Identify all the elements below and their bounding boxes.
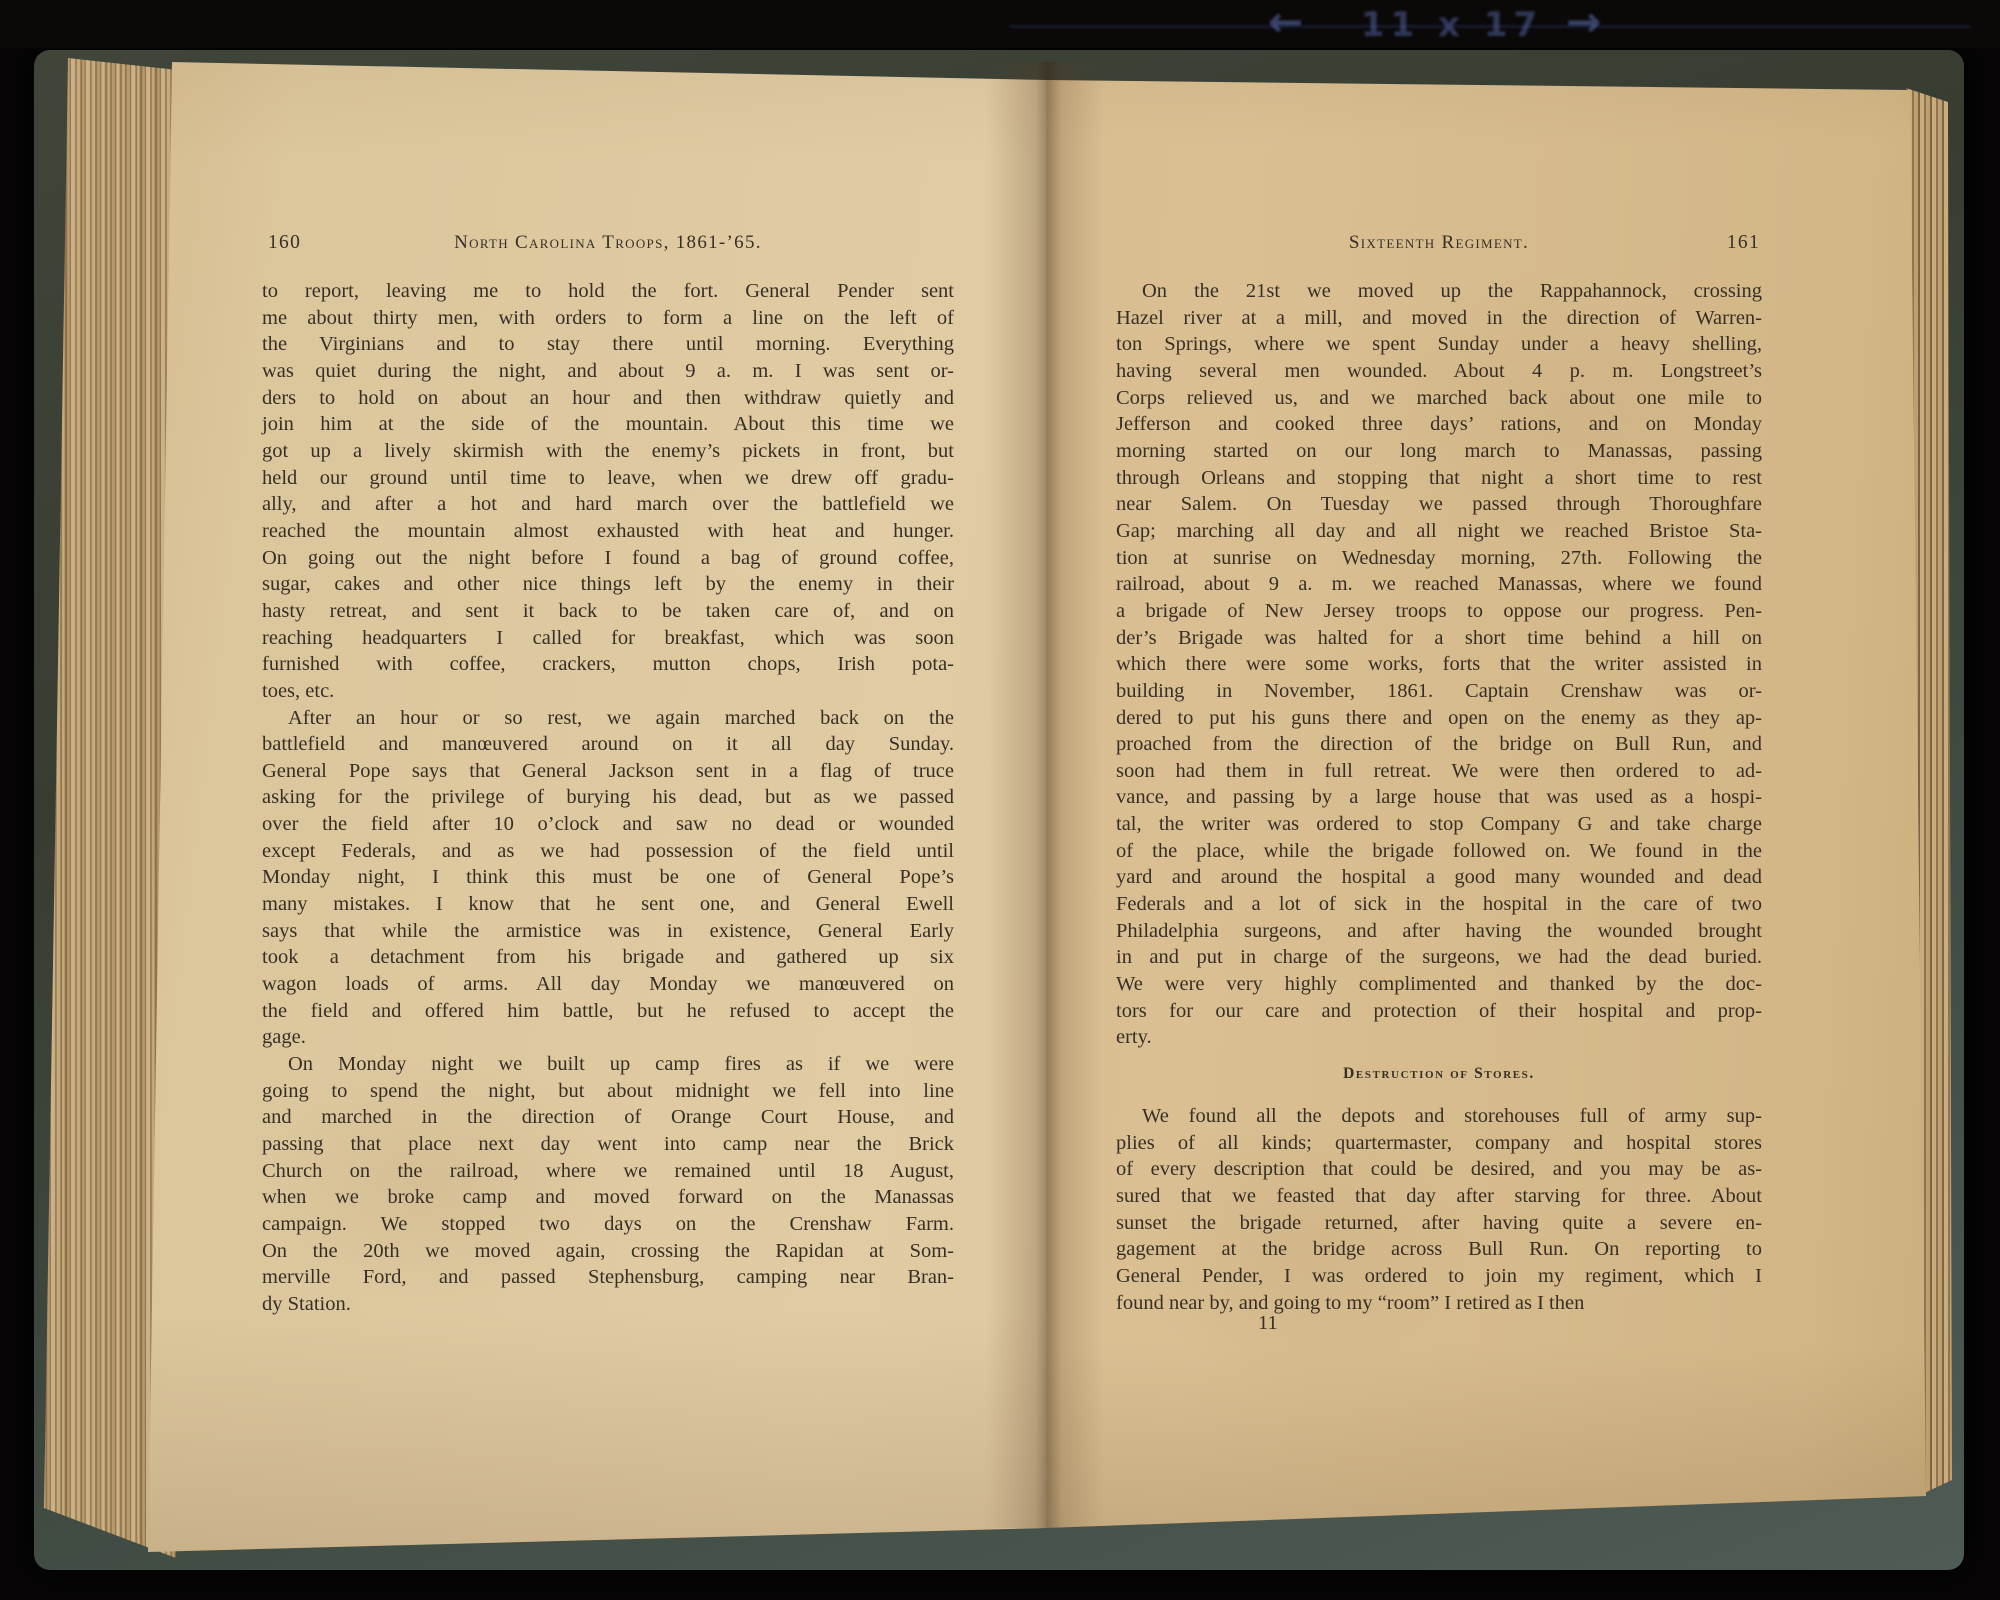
text-line: General Pope says that General Jackson s… <box>262 758 954 785</box>
text-line: On the 20th we moved again, crossing the… <box>262 1238 954 1265</box>
text-line: soon had them in full retreat. We were t… <box>1116 758 1762 785</box>
text-line: going to spend the night, but about midn… <box>262 1078 954 1105</box>
text-line: found near by, and going to my “room” I … <box>1116 1290 1762 1317</box>
text-line: many mistakes. I know that he sent one, … <box>262 891 954 918</box>
text-line: asking for the privilege of burying his … <box>262 784 954 811</box>
text-line: gagement at the bridge across Bull Run. … <box>1116 1236 1762 1263</box>
text-line: morning started on our long march to Man… <box>1116 438 1762 465</box>
text-line: Gap; marching all day and all night we r… <box>1116 518 1762 545</box>
text-line: ton Springs, where we spent Sunday under… <box>1116 331 1762 358</box>
running-title: North Carolina Troops, 1861-’65. <box>262 232 954 254</box>
text-line: except Federals, and as we had possessio… <box>262 838 954 865</box>
text-line: over the field after 10 o’clock and saw … <box>262 811 954 838</box>
text-line: was quiet during the night, and about 9 … <box>262 358 954 385</box>
text-line: campaign. We stopped two days on the Cre… <box>262 1211 954 1238</box>
text-line: through Orleans and stopping that night … <box>1116 465 1762 492</box>
text-line: in and put in charge of the surgeons, we… <box>1116 944 1762 971</box>
book-gutter <box>986 62 1104 1528</box>
text-line: reached the mountain almost exhausted wi… <box>262 518 954 545</box>
text-line: furnished with coffee, crackers, mutton … <box>262 651 954 678</box>
text-line: railroad, about 9 a. m. we reached Manas… <box>1116 571 1762 598</box>
text-line: Hazel river at a mill, and moved in the … <box>1116 305 1762 332</box>
text-line: the Virginians and to stay there until m… <box>262 331 954 358</box>
scanner-band: ← 11 x 17 → <box>0 0 2000 48</box>
text-line: of every description that could be desir… <box>1116 1156 1762 1183</box>
text-line: Monday night, I think this must be one o… <box>262 864 954 891</box>
text-line: me about thirty men, with orders to form… <box>262 305 954 332</box>
text-line: ally, and after a hot and hard march ove… <box>262 491 954 518</box>
text-line: ders to hold on about an hour and then w… <box>262 385 954 412</box>
right-arrow-icon: → <box>1566 0 1601 46</box>
text-line: On Monday night we built up camp fires a… <box>262 1051 954 1078</box>
text-line: says that while the armistice was in exi… <box>262 918 954 945</box>
page-number: 160 <box>268 232 301 254</box>
text-line: tion at sunrise on Wednesday morning, 27… <box>1116 545 1762 572</box>
right-page-header: Sixteenth Regiment. 161 <box>1116 232 1762 258</box>
right-page-body-top: On the 21st we moved up the Rappahannock… <box>1116 278 1762 1051</box>
running-title: Sixteenth Regiment. <box>1116 232 1762 254</box>
left-arrow-icon: ← <box>1268 0 1303 46</box>
text-line: Federals and a lot of sick in the hospit… <box>1116 891 1762 918</box>
text-line: On the 21st we moved up the Rappahannock… <box>1116 278 1762 305</box>
text-line: vance, and passing by a large house that… <box>1116 784 1762 811</box>
text-line: proached from the direction of the bridg… <box>1116 731 1762 758</box>
text-line: which there were some works, forts that … <box>1116 651 1762 678</box>
text-line: sured that we feasted that day after sta… <box>1116 1183 1762 1210</box>
text-line: Church on the railroad, where we remaine… <box>262 1158 954 1185</box>
text-line: held our ground until time to leave, whe… <box>262 465 954 492</box>
text-line: On going out the night before I found a … <box>262 545 954 572</box>
text-line: near Salem. On Tuesday we passed through… <box>1116 491 1762 518</box>
text-line: tal, the writer was ordered to stop Comp… <box>1116 811 1762 838</box>
page-number: 161 <box>1727 232 1760 254</box>
text-line: sugar, cakes and other nice things left … <box>262 571 954 598</box>
right-page-text: Sixteenth Regiment. 161 On the 21st we m… <box>1116 232 1762 1316</box>
text-line: After an hour or so rest, we again march… <box>262 705 954 732</box>
text-line: merville Ford, and passed Stephensburg, … <box>262 1264 954 1291</box>
paragraph: We found all the depots and storehouses … <box>1116 1103 1762 1316</box>
paragraph: On the 21st we moved up the Rappahannock… <box>1116 278 1762 1051</box>
text-line: Philadelphia surgeons, and after having … <box>1116 918 1762 945</box>
text-line: passing that place next day went into ca… <box>262 1131 954 1158</box>
text-line: We were very highly complimented and tha… <box>1116 971 1762 998</box>
text-line: der’s Brigade was halted for a short tim… <box>1116 625 1762 652</box>
text-line: tors for our care and protection of thei… <box>1116 998 1762 1025</box>
text-line: when we broke camp and moved forward on … <box>262 1184 954 1211</box>
book-scan: ← 11 x 17 → 160 North Carolina Troops, 1… <box>0 0 2000 1600</box>
left-page-body: to report, leaving me to hold the fort. … <box>262 278 954 1318</box>
text-line: plies of all kinds; quartermaster, compa… <box>1116 1130 1762 1157</box>
text-line: having several men wounded. About 4 p. m… <box>1116 358 1762 385</box>
text-line: battlefield and manœuvered around on it … <box>262 731 954 758</box>
text-line: dy Station. <box>262 1291 954 1318</box>
text-line: wagon loads of arms. All day Monday we m… <box>262 971 954 998</box>
text-line: yard and around the hospital a good many… <box>1116 864 1762 891</box>
text-line: to report, leaving me to hold the fort. … <box>262 278 954 305</box>
text-line: General Pender, I was ordered to join my… <box>1116 1263 1762 1290</box>
paragraph: On Monday night we built up camp fires a… <box>262 1051 954 1318</box>
text-line: sunset the brigade returned, after havin… <box>1116 1210 1762 1237</box>
section-heading: Destruction of Stores. <box>1116 1065 1762 1083</box>
left-page-header: 160 North Carolina Troops, 1861-’65. <box>262 232 954 258</box>
scan-size-label: 11 x 17 <box>1352 0 1552 50</box>
paragraph: After an hour or so rest, we again march… <box>262 705 954 1052</box>
text-line: building in November, 1861. Captain Cren… <box>1116 678 1762 705</box>
text-line: toes, etc. <box>262 678 954 705</box>
signature-mark: 11 <box>1258 1312 1278 1335</box>
text-line: Corps relieved us, and we marched back a… <box>1116 385 1762 412</box>
text-line: a brigade of New Jersey troops to oppose… <box>1116 598 1762 625</box>
text-line: of the place, while the brigade followed… <box>1116 838 1762 865</box>
text-line: reaching headquarters I called for break… <box>262 625 954 652</box>
text-line: dered to put his guns there and open on … <box>1116 705 1762 732</box>
text-line: join him at the side of the mountain. Ab… <box>262 411 954 438</box>
left-page-text: 160 North Carolina Troops, 1861-’65. to … <box>262 232 954 1318</box>
right-page-body-bottom: We found all the depots and storehouses … <box>1116 1103 1762 1316</box>
text-line: and marched in the direction of Orange C… <box>262 1104 954 1131</box>
text-line: hasty retreat, and sent it back to be ta… <box>262 598 954 625</box>
text-line: gage. <box>262 1024 954 1051</box>
text-line: the field and offered him battle, but he… <box>262 998 954 1025</box>
paragraph: to report, leaving me to hold the fort. … <box>262 278 954 705</box>
text-line: got up a lively skirmish with the enemy’… <box>262 438 954 465</box>
text-line: Jefferson and cooked three days’ rations… <box>1116 411 1762 438</box>
text-line: erty. <box>1116 1024 1762 1051</box>
text-line: took a detachment from his brigade and g… <box>262 944 954 971</box>
text-line: We found all the depots and storehouses … <box>1116 1103 1762 1130</box>
